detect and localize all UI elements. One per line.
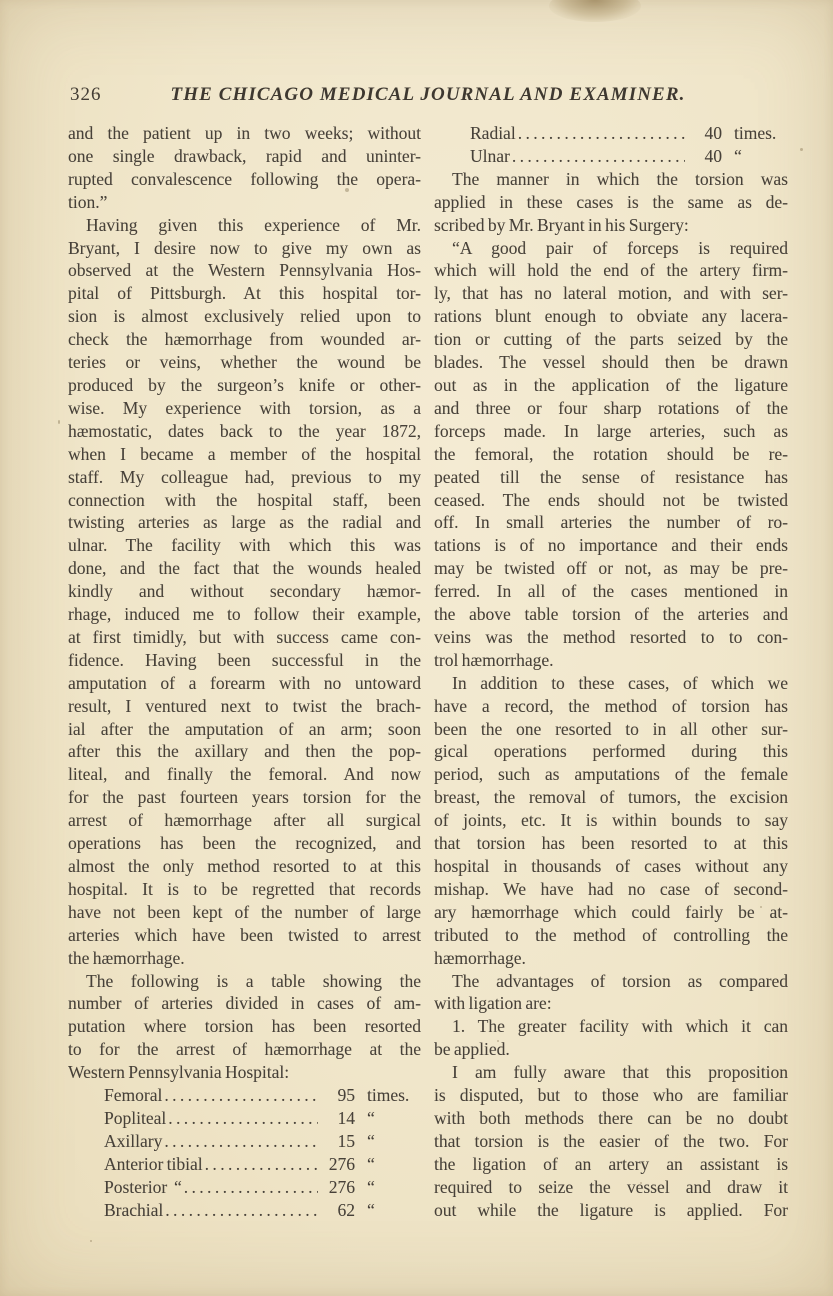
text-line: The advantages of torsion as compared — [434, 970, 788, 993]
table-label: Ulnar — [470, 145, 510, 168]
table-value: 14 — [321, 1107, 355, 1130]
text-line: staff. My colleague had, previous to my — [68, 466, 421, 489]
table-value: 40 — [688, 122, 722, 145]
text-line: at first timidly, but with success came … — [68, 626, 421, 649]
right-column: Radial..................................… — [434, 122, 788, 1222]
table-row: Femoral.................................… — [68, 1084, 421, 1107]
text-line: tations is of no importance and their en… — [434, 534, 788, 557]
text-line: check the hæmorrhage from wounded ar- — [68, 328, 421, 351]
paper-speck — [90, 1240, 92, 1242]
table-value: 95 — [321, 1084, 355, 1107]
table-unit: “ — [355, 1199, 421, 1222]
page-header: 326 THE CHICAGO MEDICAL JOURNAL AND EXAM… — [68, 84, 788, 110]
text-line: have not been kept of the number of larg… — [68, 901, 421, 924]
table-unit: “ — [722, 145, 788, 168]
text-line: The manner in which the torsion was — [434, 168, 788, 191]
text-line: is disputed, but to those who are famili… — [434, 1084, 788, 1107]
text-line: required to seize the vessel and draw it — [434, 1176, 788, 1199]
table-label: Popliteal — [104, 1107, 166, 1130]
text-line: with ligation are: — [434, 992, 788, 1015]
table-value: 276 — [321, 1153, 355, 1176]
text-line: pital of Pittsburgh. At this hospital to… — [68, 282, 421, 305]
text-line: out while the ligature is applied. For — [434, 1199, 788, 1222]
table-label: Radial — [470, 122, 516, 145]
text-line: tion or cutting of the parts seized by t… — [434, 328, 788, 351]
text-line: off. In small arteries the number of ro- — [434, 511, 788, 534]
table-label: Brachial — [104, 1199, 163, 1222]
text-line: have a record, the method of torsion has — [434, 695, 788, 718]
dot-leader: ........................................… — [512, 145, 685, 168]
paper-stain — [549, 0, 641, 22]
text-line: tributed to the method of controlling th… — [434, 924, 788, 947]
text-line: teries or veins, whether the wound be — [68, 351, 421, 374]
text-line: with both methods there can be no doubt — [434, 1107, 788, 1130]
text-line: ceased. The ends should not be twisted — [434, 489, 788, 512]
text-line: and three or four sharp rotations of the — [434, 397, 788, 420]
text-line: the hæmorrhage. — [68, 947, 421, 970]
text-line: trol hæmorrhage. — [434, 649, 788, 672]
text-line: hospital in thousands of cases without a… — [434, 855, 788, 878]
paper-speck — [58, 420, 60, 424]
dot-leader: ........................................… — [184, 1176, 318, 1199]
text-line: Western Pennsylvania Hospital: — [68, 1061, 421, 1084]
text-line: blades. The vessel should then be drawn — [434, 351, 788, 374]
text-line: ulnar. The facility with which this was — [68, 534, 421, 557]
text-line: result, I ventured next to twist the bra… — [68, 695, 421, 718]
text-line: In addition to these cases, of which we — [434, 672, 788, 695]
text-line: veins was the method resorted to to con- — [434, 626, 788, 649]
text-line: hæmorrhage. — [434, 947, 788, 970]
text-line: ferred. In all of the cases mentioned in — [434, 580, 788, 603]
table-label: Axillary — [104, 1130, 162, 1153]
text-line: the above table torsion of the arteries … — [434, 603, 788, 626]
text-line: The following is a table showing the — [68, 970, 421, 993]
journal-page: 326 THE CHICAGO MEDICAL JOURNAL AND EXAM… — [0, 0, 833, 1296]
table-row: Radial..................................… — [434, 122, 788, 145]
text-line: connection with the hospital staff, been — [68, 489, 421, 512]
text-line: out as in the application of the ligatur… — [434, 374, 788, 397]
table-row: Popliteal...............................… — [68, 1107, 421, 1130]
dot-leader: ........................................… — [168, 1107, 318, 1130]
text-line: wise. My experience with torsion, as a — [68, 397, 421, 420]
text-line: ial after the amputation of an arm; soon — [68, 718, 421, 741]
table-row: Ulnar...................................… — [434, 145, 788, 168]
dot-leader: ........................................… — [205, 1153, 318, 1176]
text-line: done, and the fact that the wounds heale… — [68, 557, 421, 580]
dot-leader: ........................................… — [164, 1130, 318, 1153]
table-value: 40 — [688, 145, 722, 168]
text-line: 1. The greater facility with which it ca… — [434, 1015, 788, 1038]
text-line: sion is almost exclusively relied upon t… — [68, 305, 421, 328]
text-line: operations has been the recognized, and — [68, 832, 421, 855]
table-unit: “ — [355, 1176, 421, 1199]
text-line: liteal, and finally the femoral. And now — [68, 763, 421, 786]
text-line: fidence. Having been successful in the — [68, 649, 421, 672]
text-line: period, such as amputations of the femal… — [434, 763, 788, 786]
text-line: putation where torsion has been resorted — [68, 1015, 421, 1038]
table-row: Posterior “.............................… — [68, 1176, 421, 1199]
text-line: been the one resorted to in all other su… — [434, 718, 788, 741]
table-unit: times. — [355, 1084, 421, 1107]
text-line: breast, the removal of tumors, the excis… — [434, 786, 788, 809]
text-line: almost the only method resorted to at th… — [68, 855, 421, 878]
text-line: tion.” — [68, 191, 421, 214]
journal-title: THE CHICAGO MEDICAL JOURNAL AND EXAMINER… — [68, 84, 788, 106]
text-line: to for the arrest of hæmorrhage at the — [68, 1038, 421, 1061]
text-line: the ligation of an artery an assistant i… — [434, 1153, 788, 1176]
text-line: produced by the surgeon’s knife or other… — [68, 374, 421, 397]
dot-leader: ........................................… — [164, 1084, 318, 1107]
text-line: arrest of hæmorrhage after all surgical — [68, 809, 421, 832]
text-line: may be twisted off or not, as may be pre… — [434, 557, 788, 580]
text-line: arteries which have been twisted to arre… — [68, 924, 421, 947]
text-line: ary hæmorrhage which could fairly be at- — [434, 901, 788, 924]
text-line: be applied. — [434, 1038, 788, 1061]
text-line: after this the axillary and then the pop… — [68, 740, 421, 763]
text-line: peated till the sense of resistance has — [434, 466, 788, 489]
text-line: forceps made. In large arteries, such as — [434, 420, 788, 443]
text-line: when I became a member of the hospital — [68, 443, 421, 466]
text-line: of joints, etc. It is within bounds to s… — [434, 809, 788, 832]
text-line: hospital. It is to be regretted that rec… — [68, 878, 421, 901]
text-line: hæmostatic, dates back to the year 1872, — [68, 420, 421, 443]
text-line: one single drawback, rapid and uninter- — [68, 145, 421, 168]
text-line: applied in these cases is the same as de… — [434, 191, 788, 214]
text-line: rhage, induced me to follow their exampl… — [68, 603, 421, 626]
text-line: twisting arteries as large as the radial… — [68, 511, 421, 534]
table-unit: times. — [722, 122, 788, 145]
text-line: amputation of a forearm with no untoward — [68, 672, 421, 695]
table-unit: “ — [355, 1130, 421, 1153]
table-value: 62 — [321, 1199, 355, 1222]
table-label: Anterior tibial — [104, 1153, 203, 1176]
text-line: number of arteries divided in cases of a… — [68, 992, 421, 1015]
table-row: Axillary................................… — [68, 1130, 421, 1153]
text-line: kindly and without secondary hæmor- — [68, 580, 421, 603]
text-line: gical operations performed during this — [434, 740, 788, 763]
text-line: rations blunt enough to obviate any lace… — [434, 305, 788, 328]
dot-leader: ........................................… — [165, 1199, 318, 1222]
table-row: Anterior tibial.........................… — [68, 1153, 421, 1176]
table-value: 15 — [321, 1130, 355, 1153]
text-line: rupted convalescence following the opera… — [68, 168, 421, 191]
text-line: that torsion has been resorted to at thi… — [434, 832, 788, 855]
text-line: for the past fourteen years torsion for … — [68, 786, 421, 809]
table-row: Brachial................................… — [68, 1199, 421, 1222]
text-line: Bryant, I desire now to give my own as — [68, 237, 421, 260]
text-line: that torsion is the easier of the two. F… — [434, 1130, 788, 1153]
table-unit: “ — [355, 1107, 421, 1130]
text-line: “A good pair of forceps is required — [434, 237, 788, 260]
text-line: and the patient up in two weeks; without — [68, 122, 421, 145]
text-line: I am fully aware that this proposition — [434, 1061, 788, 1084]
text-line: observed at the Western Pennsylvania Hos… — [68, 259, 421, 282]
text-line: ly, that has no lateral motion, and with… — [434, 282, 788, 305]
text-line: Having given this experience of Mr. — [68, 214, 421, 237]
text-line: scribed by Mr. Bryant in his Surgery: — [434, 214, 788, 237]
table-unit: “ — [355, 1153, 421, 1176]
table-label: Posterior “ — [104, 1176, 182, 1199]
text-line: the femoral, the rotation should be re- — [434, 443, 788, 466]
table-label: Femoral — [104, 1084, 162, 1107]
dot-leader: ........................................… — [518, 122, 685, 145]
table-value: 276 — [321, 1176, 355, 1199]
paper-speck — [800, 148, 803, 151]
text-line: mishap. We have had no case of second- — [434, 878, 788, 901]
text-line: which will hold the end of the artery fi… — [434, 259, 788, 282]
left-column: and the patient up in two weeks; without… — [68, 122, 421, 1222]
